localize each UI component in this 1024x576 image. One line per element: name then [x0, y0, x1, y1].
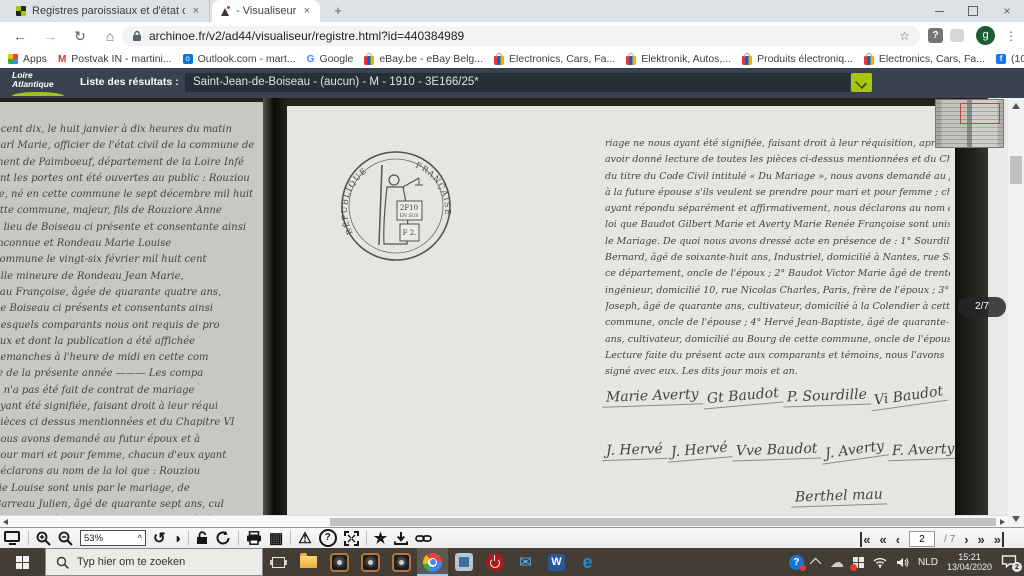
new-tab-button[interactable]: +: [330, 3, 346, 19]
handwritten-line: commune le vingt-six février mil huit ce…: [0, 252, 266, 268]
file-explorer-button[interactable]: [293, 548, 324, 576]
handwritten-line: ce département, oncle de l'époux ; 2° Ba…: [605, 266, 950, 282]
horizontal-scroll-thumb[interactable]: [330, 518, 996, 526]
media-app-icon: [392, 553, 411, 572]
handwritten-line: le Mariage. De quoi nous avons dressé ac…: [605, 234, 950, 250]
zoom-out-button[interactable]: [58, 531, 73, 546]
zoom-in-icon: [36, 531, 51, 546]
tab-strip: Registres paroissiaux et d'état ci × - V…: [0, 0, 1024, 22]
help-icon: ?: [325, 533, 331, 543]
bookmark-item[interactable]: Produits électroniq...: [742, 53, 853, 65]
notification-count-badge: 2: [1012, 562, 1022, 572]
action-center-button[interactable]: 2: [1001, 554, 1019, 570]
handwritten-line: ayant répondu séparément et affirmativem…: [605, 201, 950, 217]
search-placeholder: Typ hier om te zoeken: [77, 556, 185, 568]
book-spine: [263, 98, 287, 515]
calendar-icon: ▦: [269, 531, 283, 546]
shopping-bag-icon: [626, 56, 636, 65]
handwritten-line: ayant été signifiée, faisant droit à leu…: [0, 399, 266, 415]
word-button[interactable]: W: [541, 548, 572, 576]
refresh-icon: [216, 531, 231, 545]
bookmark-item[interactable]: Elektronik, Autos,...: [626, 53, 731, 65]
url-text: archinoe.fr/v2/ad44/visualiseur/registre…: [149, 29, 892, 43]
fullscreen-button[interactable]: [344, 531, 359, 546]
task-view-icon: [272, 557, 285, 568]
svg-text:2F10: 2F10: [400, 204, 418, 212]
divider: [366, 531, 367, 545]
help-button[interactable]: ?: [319, 529, 337, 547]
shopping-bag-icon: [494, 56, 504, 65]
bookmark-item[interactable]: MPostvak IN - martini...: [58, 53, 172, 65]
screen: Registres paroissiaux et d'état ci × - V…: [0, 0, 1024, 576]
contrast-button[interactable]: ◑: [173, 531, 181, 545]
svg-text:RÉPUBLIQUE: RÉPUBLIQUE: [340, 166, 369, 236]
document-viewer: f cent dix, le huit janvier à dix heures…: [0, 98, 1024, 527]
handwritten-line: Bernard, âgé de soixante-huit ans, Indus…: [605, 250, 950, 266]
thumbnail-viewport-rect[interactable]: [960, 103, 1000, 124]
browser-toolbar: ← → ↻ ⌂ archinoe.fr/v2/ad44/visualiseur/…: [0, 22, 1024, 50]
bookmark-item[interactable]: GGoogle: [307, 53, 354, 65]
mail-icon: ✉: [519, 553, 532, 571]
rotate-icon: ↺: [153, 531, 166, 546]
previous-page-button[interactable]: ‹: [896, 532, 900, 547]
handwritten-line: Joseph, âgé de quarante ans, cultivateur…: [605, 299, 950, 315]
browser-menu-icon[interactable]: ⋮: [1004, 26, 1018, 46]
clock[interactable]: 15:2113/04/2020: [947, 552, 992, 572]
shopping-bag-icon: [864, 56, 874, 65]
divider: [238, 531, 239, 545]
permalink-button[interactable]: [415, 533, 432, 544]
handwritten-line: eux et dont la publication a été affiché…: [0, 334, 266, 350]
print-button[interactable]: [246, 531, 262, 545]
apps-grid-icon: [8, 54, 18, 64]
start-button[interactable]: [0, 548, 45, 576]
scroll-up-icon[interactable]: [1012, 103, 1020, 109]
help-notification-icon[interactable]: ?: [789, 555, 804, 570]
handwritten-line: pour mari et pour femme, chacun d'eux ay…: [0, 448, 266, 464]
media-app-button[interactable]: [355, 548, 386, 576]
media-app-button[interactable]: [324, 548, 355, 576]
outlook-icon: o: [183, 54, 193, 64]
signature: F. Averty: [888, 441, 959, 461]
bookmark-item[interactable]: Electronics, Cars, Fa...: [494, 53, 615, 65]
handwritten-line: ont les portes ont été ouvertes au publi…: [0, 171, 266, 187]
handwritten-line: commune, oncle de l'épouse ; 4° Hervé Je…: [605, 315, 950, 331]
warning-icon: ⚠: [298, 531, 311, 546]
next-page-button[interactable]: ›: [964, 532, 968, 547]
fullscreen-icon: [344, 531, 359, 546]
lock-icon: [132, 30, 142, 42]
padlock-icon: [196, 531, 209, 545]
signature: J. Hervé: [666, 439, 732, 463]
svg-text:F 2.: F 2.: [403, 229, 417, 237]
handwritten-line: il n'a pas été fait de contrat de mariag…: [0, 383, 266, 399]
handwritten-line: inconnue et Rondeau Marie Louise: [0, 236, 266, 252]
wifi-icon[interactable]: [873, 557, 887, 568]
windows-taskbar: Typ hier om te zoeken ✉ W e ? ☁ NLD 15:2…: [0, 548, 1024, 576]
signature-row: Berthel mau: [602, 488, 947, 506]
document-right-page[interactable]: RÉPUBLIQUE FRANÇAISE 2F10 EN SUS F 2. ri…: [287, 106, 955, 515]
results-value[interactable]: Saint-Jean-de-Boiseau - (aucun) - M - 19…: [185, 73, 850, 92]
minimize-icon: [935, 11, 944, 12]
minimize-button[interactable]: [922, 0, 956, 22]
tab-title: Registres paroissiaux et d'état ci: [32, 5, 185, 17]
divider: [290, 531, 291, 545]
chrome-button[interactable]: [417, 548, 448, 576]
shopping-bag-icon: [742, 56, 752, 65]
handwritten-line: avoir donné lecture de toutes les pièces…: [605, 152, 950, 168]
signature-row: J. HervéJ. HervéVve BaudotJ. AvertyF. Av…: [602, 442, 947, 460]
power-icon: [486, 553, 504, 571]
calendar-button[interactable]: ▦: [269, 531, 283, 546]
handwritten-line: demanches à l'heure de midi en cette com: [0, 350, 266, 366]
republique-francaise-stamp: RÉPUBLIQUE FRANÇAISE 2F10 EN SUS F 2.: [337, 145, 455, 267]
shopping-bag-icon: [364, 56, 374, 65]
hidden-icons-chevron-icon[interactable]: [810, 558, 821, 569]
divider: [28, 531, 29, 545]
favorite-button[interactable]: ★: [374, 531, 387, 546]
signature: J. Averty: [820, 437, 889, 464]
registres-favicon-icon: [16, 6, 26, 16]
tab-close-icon[interactable]: ×: [191, 6, 201, 17]
viewer-toolbar: 53%^ ↺ ◑ ▦ ⚠ ? ★ « « ‹ / 7 › » »: [0, 527, 1024, 548]
onedrive-cloud-icon[interactable]: ☁: [830, 554, 844, 571]
tab-title: - Visualiseur: [236, 5, 296, 17]
handwritten-line: il lieu de Boiseau ci présente et consen…: [0, 220, 266, 236]
signature: Vve Baudot: [731, 440, 821, 461]
handwritten-line: signé avec eux. Les dits jour mois et an…: [605, 364, 950, 380]
signature: P. Sourdille: [782, 386, 870, 407]
contrast-icon: ◑: [173, 531, 181, 545]
handwritten-line: ingénieur, domicilié 10, rue Nicolas Cha…: [605, 283, 950, 299]
task-view-button[interactable]: [263, 548, 293, 576]
handwritten-line: f cent dix, le huit janvier à dix heures…: [0, 122, 266, 138]
google-icon: G: [307, 54, 315, 65]
scroll-left-icon[interactable]: [3, 519, 8, 525]
printer-icon: [246, 531, 262, 545]
mail-button[interactable]: ✉: [510, 548, 541, 576]
tab-visualiseur[interactable]: - Visualiseur ×: [212, 0, 320, 22]
zoom-level-select[interactable]: 53%^: [80, 530, 146, 546]
back-ten-button[interactable]: «: [879, 532, 886, 547]
fit-screen-button[interactable]: [4, 531, 21, 545]
loire-atlantique-logo[interactable]: LoireAtlantique: [12, 71, 70, 95]
handwritten-line: du titre du Code Civil intitulé « Du Mar…: [605, 169, 950, 185]
forward-ten-button[interactable]: »: [978, 532, 985, 547]
app-icon: [455, 553, 473, 571]
system-tray: ? ☁ NLD 15:2113/04/2020 2: [789, 548, 1024, 576]
handwritten-line: riage ne nous ayant été signifiée, faisa…: [605, 136, 950, 152]
close-button[interactable]: ×: [990, 0, 1024, 22]
forward-button[interactable]: →: [40, 26, 60, 46]
volume-icon[interactable]: [896, 557, 909, 568]
lock-button[interactable]: [196, 531, 209, 545]
handwritten-line: ette commune, majeur, fils de Rouziore A…: [0, 203, 266, 219]
signature: Gt Baudot: [702, 385, 783, 410]
handwritten-line: à la future épouse s'ils veulent se pren…: [605, 185, 950, 201]
zoom-in-button[interactable]: [36, 531, 51, 546]
signature: Berthel mau: [791, 486, 887, 507]
download-icon: [394, 531, 408, 545]
handwritten-line: nous avons demandé au futur époux et à: [0, 432, 266, 448]
folder-icon: [300, 556, 317, 568]
extension-help-icon[interactable]: ?: [928, 28, 943, 43]
extension-icon[interactable]: [950, 29, 964, 42]
link-icon: [415, 533, 432, 544]
windows-logo-icon: [16, 556, 29, 569]
bookmark-star-icon[interactable]: ☆: [899, 29, 910, 43]
profile-avatar[interactable]: g: [976, 26, 995, 45]
handwritten-line: ment de Paimboeuf, département de la Loi…: [0, 155, 266, 171]
bookmark-facebook[interactable]: f(10) Facebook: [996, 53, 1024, 65]
handwritten-line: ans, cultivateur, domicilié au Bourg de …: [605, 332, 950, 348]
back-button[interactable]: ←: [10, 26, 30, 46]
maximize-button[interactable]: [956, 0, 990, 22]
power-app-button[interactable]: [479, 548, 510, 576]
signature: J. Hervé: [602, 441, 667, 461]
date: 13/04/2020: [947, 562, 992, 572]
scroll-right-icon[interactable]: [1000, 519, 1005, 525]
home-button[interactable]: ⌂: [100, 26, 120, 46]
page-total-label: / 7: [944, 534, 955, 545]
address-bar[interactable]: archinoe.fr/v2/ad44/visualiseur/registre…: [122, 26, 920, 46]
media-app-icon: [361, 553, 380, 572]
handwritten-line: re, né en cette commune le sept décembre…: [0, 187, 266, 203]
handwritten-line: loi que Baudot Gilbert Marie et Averty M…: [605, 217, 950, 233]
edge-icon: e: [582, 553, 592, 571]
chrome-icon: [423, 553, 442, 572]
handwritten-line: déclarons au nom de la loi que : Rouziou: [0, 464, 266, 480]
handwritten-line: rie Louise sont unis par le mariage, de: [0, 481, 266, 497]
monitor-icon: [4, 531, 21, 545]
app-button[interactable]: [448, 548, 479, 576]
vertical-scrollbar[interactable]: [1008, 98, 1024, 527]
handwritten-line: harl Marie, officier de l'état civil de …: [0, 138, 266, 154]
maximize-icon: [968, 6, 978, 16]
handwritten-line: Lecture faite du présent acte aux compar…: [605, 348, 950, 364]
tab-close-icon[interactable]: ×: [302, 6, 312, 17]
search-icon: [56, 556, 69, 569]
language-indicator[interactable]: NLD: [918, 557, 938, 568]
bookmark-item[interactable]: eBay.be - eBay Belg...: [364, 53, 483, 65]
handwritten-line: fille mineure de Rondeau Jean Marie,: [0, 269, 266, 285]
handwritten-line: ie de la présente année ——— Les compa: [0, 366, 266, 382]
chevron-up-icon: ^: [138, 533, 142, 544]
media-app-button[interactable]: [386, 548, 417, 576]
document-left-page[interactable]: f cent dix, le huit janvier à dix heures…: [0, 102, 263, 515]
signature: Marie Averty: [602, 386, 703, 407]
scroll-down-icon[interactable]: [1012, 516, 1020, 522]
app-tray-icon[interactable]: [853, 557, 864, 568]
handwritten-line: de Boiseau ci présents et consentants ai…: [0, 301, 266, 317]
page-navigation: « « ‹ / 7 › » »: [860, 531, 1004, 547]
facebook-icon: f: [996, 54, 1006, 64]
taskbar-search[interactable]: Typ hier om te zoeken: [45, 548, 263, 576]
edge-button[interactable]: e: [572, 548, 603, 576]
vertical-scroll-thumb[interactable]: [1010, 156, 1022, 184]
page-number-input[interactable]: [909, 531, 935, 547]
left-page-text: f cent dix, le huit janvier à dix heures…: [0, 122, 266, 527]
visualiseur-favicon-icon: [220, 6, 230, 16]
navigation-thumbnail[interactable]: [936, 100, 1003, 147]
bookmark-apps[interactable]: Apps: [8, 53, 47, 65]
handwritten-line: Lesquels comparants nous ont requis de p…: [0, 318, 266, 334]
zoom-out-icon: [58, 531, 73, 546]
gmail-icon: M: [58, 54, 66, 65]
download-button[interactable]: [394, 531, 408, 545]
handwritten-line: eau Françoise, âgée de quarante quatre a…: [0, 285, 266, 301]
signature: Vi Baudot: [870, 383, 949, 412]
svg-text:EN SUS: EN SUS: [400, 213, 419, 219]
results-dropdown-button[interactable]: [851, 73, 872, 92]
window-controls: ×: [922, 0, 1024, 22]
page-indicator-badge: 2/7: [958, 297, 1006, 317]
media-app-icon: [330, 553, 349, 572]
first-page-button[interactable]: «: [860, 532, 870, 547]
rotate-button[interactable]: ↺: [153, 531, 166, 546]
results-label: Liste des résultats :: [80, 76, 179, 88]
handwritten-line: Barreau Julien, âgé de quarante sept ans…: [0, 497, 266, 513]
bookmark-item[interactable]: Electronics, Cars, Fa...: [864, 53, 985, 65]
signature-row: Marie AvertyGt BaudotP. SourdilleVi Baud…: [602, 388, 947, 406]
bookmarks-bar: Apps MPostvak IN - martini... oOutlook.c…: [0, 50, 1024, 68]
reload-button[interactable]: ↻: [70, 26, 90, 46]
site-header: LoireAtlantique Liste des résultats : Sa…: [0, 68, 1024, 98]
report-problem-button[interactable]: ⚠: [298, 531, 311, 546]
word-icon: W: [548, 554, 565, 571]
divider: [188, 531, 189, 545]
refresh-button[interactable]: [216, 531, 231, 545]
last-page-button[interactable]: »: [994, 532, 1004, 547]
horizontal-scrollbar[interactable]: [0, 515, 1008, 527]
right-page-text: riage ne nous ayant été signifiée, faisa…: [605, 136, 950, 380]
bookmark-item[interactable]: oOutlook.com - mart...: [183, 53, 296, 65]
handwritten-line: pièces ci dessus mentionnées et du Chapi…: [0, 415, 266, 431]
tab-registres[interactable]: Registres paroissiaux et d'état ci ×: [8, 0, 210, 22]
star-icon: ★: [374, 531, 387, 546]
time: 15:21: [958, 552, 981, 562]
